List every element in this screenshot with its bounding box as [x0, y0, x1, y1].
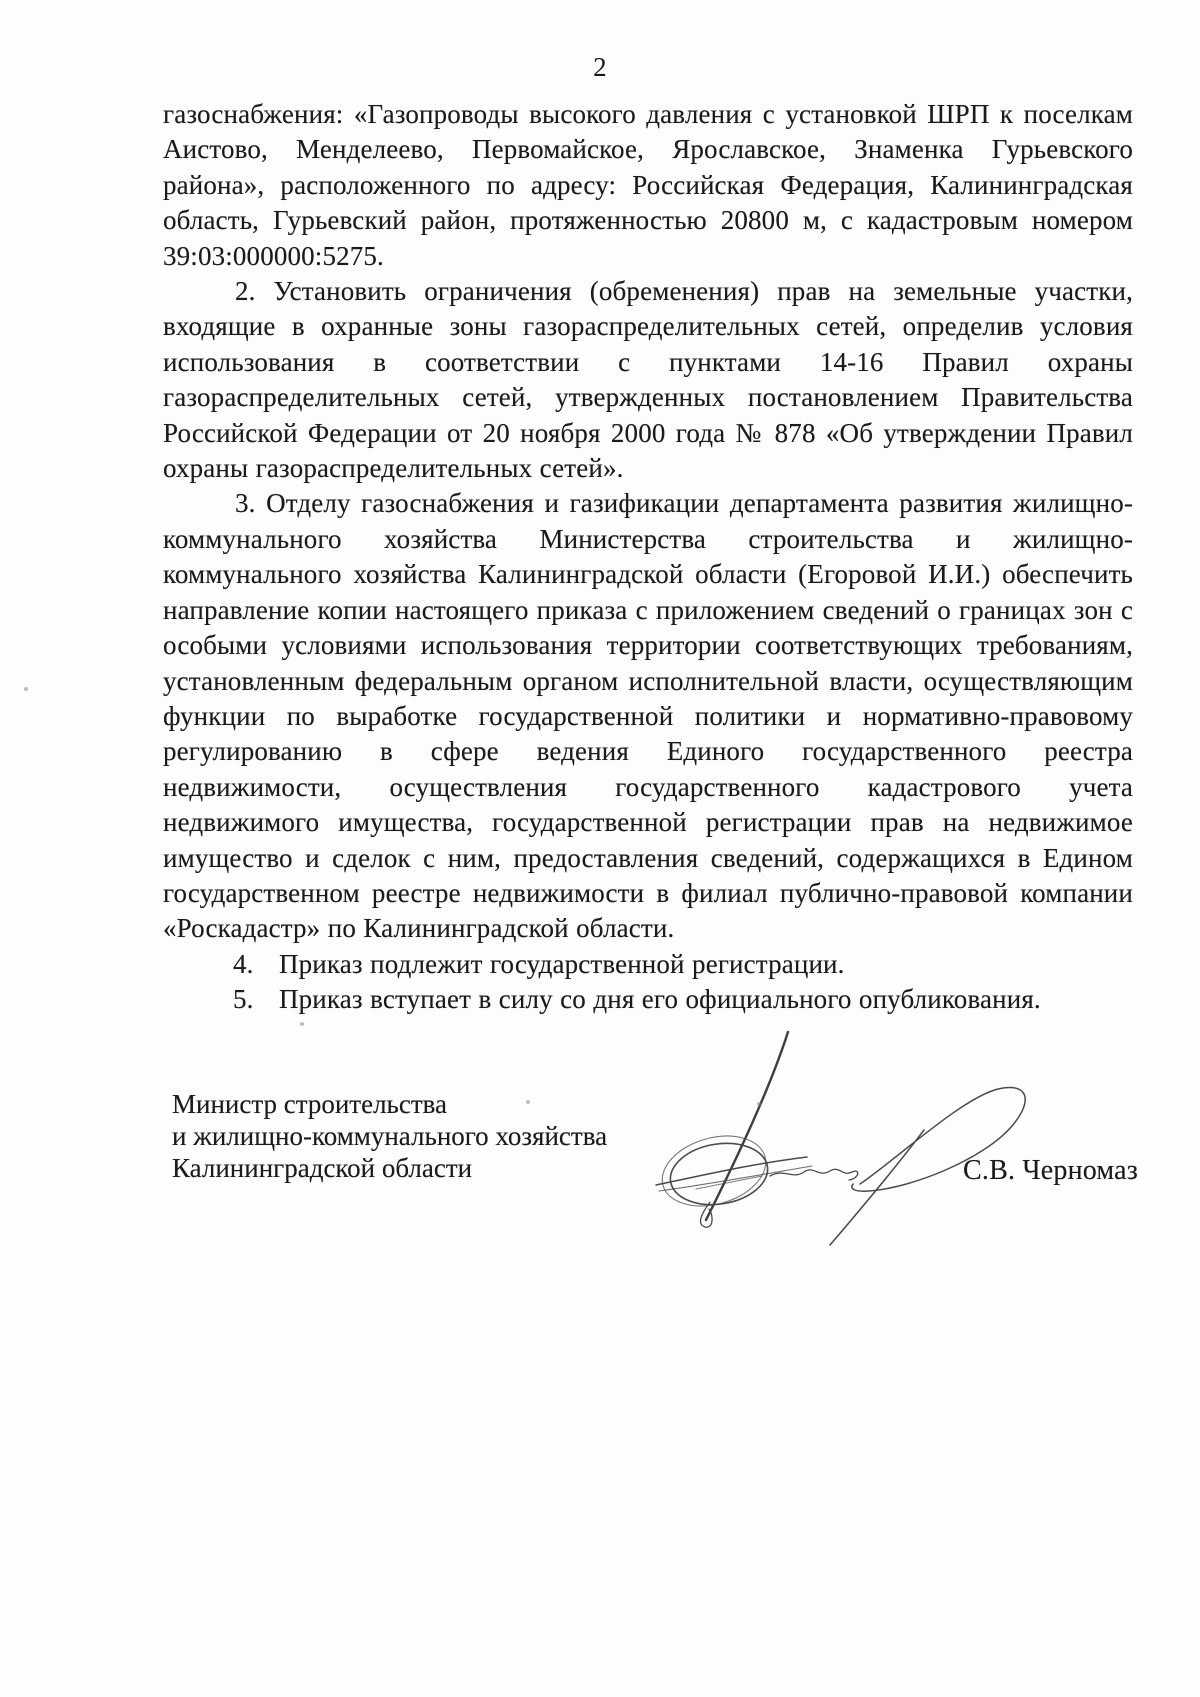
paragraph-item-2: 2. Установить ограничения (обременения) … — [163, 274, 1133, 486]
signatory-title-line: Калининградской области — [172, 1152, 607, 1184]
signatory-title-line: и жилищно-коммунального хозяйства — [172, 1120, 607, 1152]
document-page: 2 газоснабжения: «Газопроводы высокого д… — [0, 0, 1200, 1697]
scan-speck — [24, 687, 28, 691]
signatory-title-line: Министр строительства — [172, 1088, 607, 1120]
scan-speck — [300, 1022, 304, 1026]
handwritten-signature — [560, 950, 1120, 1270]
scan-speck — [526, 1100, 530, 1104]
paragraph-continuation: газоснабжения: «Газопроводы высокого дав… — [163, 97, 1133, 274]
page-number: 2 — [0, 52, 1200, 83]
signatory-name: С.В. Черномаз — [963, 1155, 1138, 1187]
list-item-number: 4. — [233, 947, 279, 982]
list-item-number: 5. — [233, 982, 279, 1017]
signatory-title: Министр строительства и жилищно-коммунал… — [172, 1088, 607, 1184]
scan-speck — [757, 1102, 761, 1106]
paragraph-item-3: 3. Отделу газоснабжения и газификации де… — [163, 486, 1133, 946]
document-body: газоснабжения: «Газопроводы высокого дав… — [163, 97, 1133, 1018]
